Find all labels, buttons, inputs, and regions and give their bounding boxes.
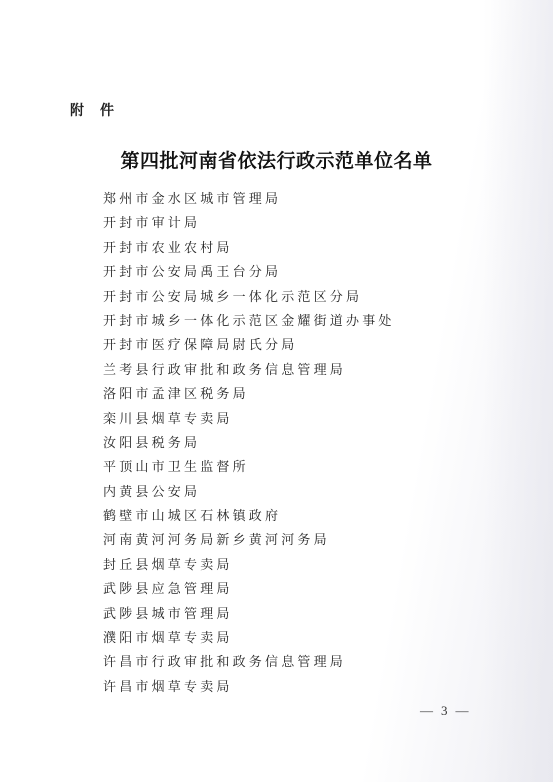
list-item: 封丘县烟草专卖局 (103, 554, 395, 578)
list-item: 兰考县行政审批和政务信息管理局 (103, 359, 395, 383)
list-item: 内黄县公安局 (103, 481, 395, 505)
document-title: 第四批河南省依法行政示范单位名单 (0, 146, 553, 173)
list-item: 开封市审计局 (103, 212, 395, 236)
attachment-label: 附件 (70, 100, 114, 120)
list-item: 武陟县应急管理局 (103, 578, 395, 602)
page-number-value: 3 (441, 703, 448, 718)
list-item: 洛阳市孟津区税务局 (103, 383, 395, 407)
list-item: 鹤壁市山城区石林镇政府 (103, 505, 395, 529)
list-item: 开封市公安局城乡一体化示范区分局 (103, 286, 395, 310)
list-item: 开封市公安局禹王台分局 (103, 261, 395, 285)
page-number: —3— (412, 703, 477, 719)
page-number-dash-right: — (456, 703, 469, 719)
list-item: 栾川县烟草专卖局 (103, 408, 395, 432)
unit-list: 郑州市金水区城市管理局 开封市审计局 开封市农业农村局 开封市公安局禹王台分局 … (103, 188, 395, 700)
list-item: 河南黄河河务局新乡黄河河务局 (103, 529, 395, 553)
page-number-dash-left: — (420, 703, 433, 719)
list-item: 汝阳县税务局 (103, 432, 395, 456)
scan-edge-shadow (483, 0, 553, 782)
list-item: 开封市农业农村局 (103, 237, 395, 261)
list-item: 开封市医疗保障局尉氏分局 (103, 334, 395, 358)
list-item: 濮阳市烟草专卖局 (103, 627, 395, 651)
scanned-document-page: 附件 第四批河南省依法行政示范单位名单 郑州市金水区城市管理局 开封市审计局 开… (0, 0, 553, 782)
list-item: 平顶山市卫生监督所 (103, 456, 395, 480)
list-item: 开封市城乡一体化示范区金耀街道办事处 (103, 310, 395, 334)
list-item: 郑州市金水区城市管理局 (103, 188, 395, 212)
list-item: 武陟县城市管理局 (103, 603, 395, 627)
list-item: 许昌市行政审批和政务信息管理局 (103, 651, 395, 675)
attachment-label-char-1: 附 (70, 103, 84, 119)
list-item: 许昌市烟草专卖局 (103, 676, 395, 700)
attachment-label-char-2: 件 (100, 103, 114, 119)
